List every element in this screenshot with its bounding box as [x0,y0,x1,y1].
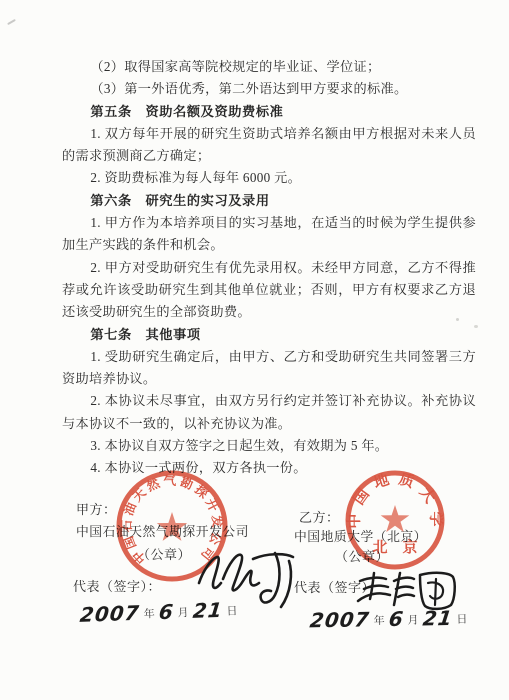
contract-paragraph: （2）取得国家高等院校规定的毕业证、学位证； [62,56,476,78]
year-unit: 年 [143,605,155,621]
star-icon [157,512,187,541]
contract-paragraph: 1. 受助研究生确定后，由甲方、乙方和受助研究生共同签署三方资助培养协议。 [62,346,476,391]
month-unit: 月 [177,604,189,620]
contract-paragraph: 2. 甲方对受助研究生有优先录用权。未经甲方同意，乙方不得推荐或允许该受助研究生… [62,257,476,324]
contract-paragraph: （3）第一外语优秀，第二外语达到甲方要求的标准。 [62,78,476,100]
contract-paragraph: 3. 本协议自双方签字之日起生效，有效期为 5 年。 [62,435,476,457]
clause-heading-6: 第六条 研究生的实习及录用 [62,190,476,212]
contract-paragraph: 1. 甲方作为本培养项目的实习基地，在适当的时候为学生提供参加生产实践的条件和机… [62,212,476,257]
clause-heading-5: 第五条 资助名额及资助费标准 [62,101,476,123]
contract-body: （2）取得国家高等院校规定的毕业证、学位证； （3）第一外语优秀，第二外语达到甲… [62,56,476,480]
party-a-date-month: 6 [157,599,174,624]
party-b-official-seal: 中国地质大学 北 京 [343,468,447,572]
contract-paragraph: 1. 双方每年开展的研究生资助式培养名额由甲方根据对未来人员的需求预测商乙方确定… [62,123,476,168]
star-icon [381,505,410,532]
party-b-label: 乙方： [299,507,340,526]
contract-paragraph: 2. 资助费标准为每人每年 6000 元。 [62,167,476,189]
party-a-signature [193,549,308,611]
contract-document-page: （2）取得国家高等院校规定的毕业证、学位证； （3）第一外语优秀，第二外语达到甲… [0,0,509,700]
scan-artifact-mark [7,19,16,25]
seal-city-text: 北 京 [372,538,417,556]
clause-heading-7: 第七条 其他事项 [62,324,476,346]
party-a-label: 甲方： [76,499,117,518]
party-b-signature [352,565,460,615]
party-a-date-year: 2007 [79,601,141,627]
contract-paragraph: 2. 本协议未尽事宜，由双方另行约定并签订补充协议。补充协议与本协议不一致的，以… [62,390,476,435]
